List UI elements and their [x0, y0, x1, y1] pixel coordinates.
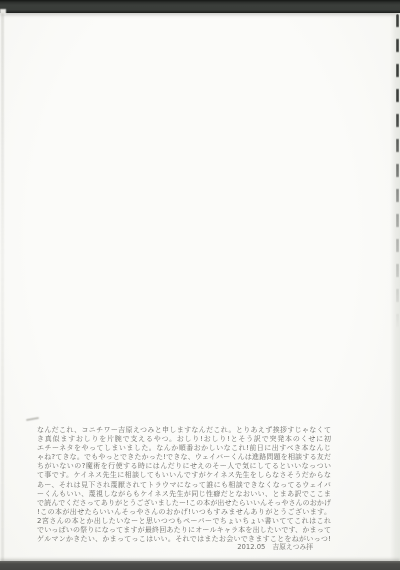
afterword-line: き真似ますおしりを片腕で支えるやつ。おしり!おしり!とそう訳で突発本のくせに初 — [37, 435, 331, 444]
scan-edge-bottom — [0, 561, 400, 570]
signature-date: 2012.05 — [237, 543, 265, 551]
afterword-line: あー、それは見下され蔑厭されてトラウマになって誰にも相談できなくなってるウェイバ — [37, 481, 331, 490]
signature-line: 2012.05吉原えつみ拝 — [37, 541, 313, 551]
afterword-line: エチーネタをやってしまいました。なんか順番おかしいなこれ!前日に出すべき本なんじ — [37, 444, 331, 453]
afterword-line: で読んでくださってありがとうございましたー!この本が出せたらいいんそっやさんのお… — [37, 499, 331, 508]
afterword-line: て事です。ケイネス先生に相談してもいいんですがケイネス先生をしらなさそうだからな — [37, 471, 331, 480]
afterword-line: ちがいないの?魔術を行使する時にはんだりにせえのそー人で気にしてるといいなっつい — [37, 462, 331, 471]
afterword-line: ーくんもいい、蔑視しながらもケイネス先生が同じ性癖だとなおいい、とまあ訳でここま — [37, 490, 331, 499]
afterword-line: !この本が出せたらいいんそっやさんのおかげ!いつもすみませんありがとうございます… — [37, 508, 331, 517]
afterword-line: でいっぱいの祭りになってますが最終回あたりにオールキャラ本を出したいです、かまっ… — [37, 526, 331, 535]
afterword-line: 2宮さんの本とか出したいなーと思いつつもペーパーでちょいちょい書いててこれはこれ — [37, 517, 331, 526]
afterword-line: なんだこれ、コニチワー吉原えつみと申しますなんだこれ。とりあえず挨拶すじゃなくて — [37, 426, 331, 435]
page-left-edge-shadow — [1, 13, 4, 561]
page-right-edge — [390, 13, 400, 561]
scanned-page: なんだこれ、コニチワー吉原えつみと申しますなんだこれ。とりあえず挨拶すじゃなくて… — [0, 0, 400, 570]
scan-edge-top — [0, 0, 400, 13]
afterword-text: なんだこれ、コニチワー吉原えつみと申しますなんだこれ。とりあえず挨拶すじゃなくて… — [37, 426, 331, 544]
signature-name: 吉原えつみ拝 — [272, 543, 313, 551]
binding-marks — [396, 14, 400, 344]
afterword-line: ゃね?てきな。でもやっとできたかった!できな、ウェイバーくんは進路問題を相談する… — [37, 453, 331, 462]
pencil-mark — [26, 417, 39, 421]
